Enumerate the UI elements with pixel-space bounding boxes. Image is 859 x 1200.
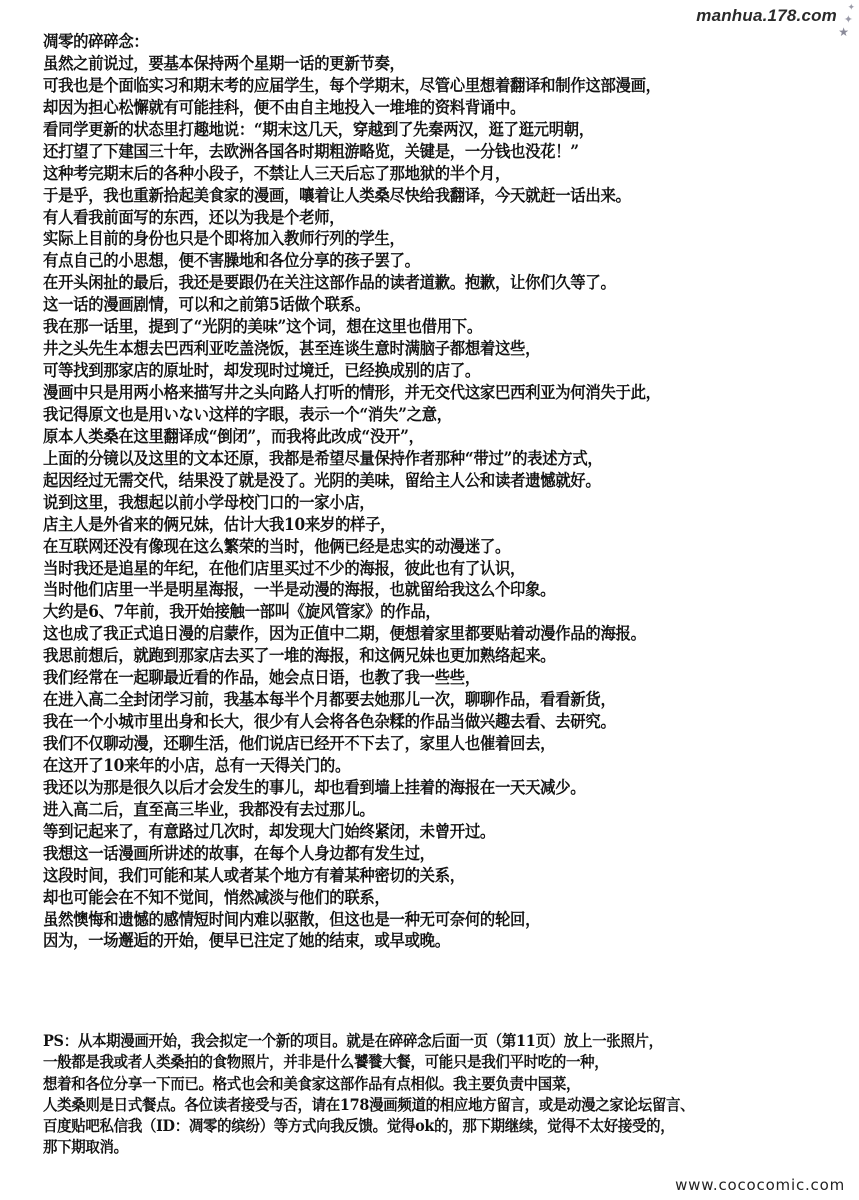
text-line: 这也成了我正式追日漫的启蒙作，因为正值中二期，便想着家里都要贴着动漫作品的海报。 [43, 623, 787, 645]
text-line: 在开头闲扯的最后，我还是要跟仍在关注这部作品的读者道歉。抱歉，让你们久等了。 [43, 272, 787, 294]
text-line: 虽然懊悔和遗憾的感情短时间内难以驱散，但这也是一种无可奈何的轮回， [43, 909, 787, 931]
text-line: 可等找到那家店的原址时，却发现时过境迁，已经换成别的店了。 [43, 360, 787, 382]
text-line: 说到这里，我想起以前小学母校门口的一家小店， [43, 492, 787, 514]
text-line: 实际上目前的身份也只是个即将加入教师行列的学生， [43, 228, 787, 250]
notes-body: 虽然之前说过，要基本保持两个星期一话的更新节奏，可我也是个面临实习和期末考的应届… [43, 53, 843, 952]
text-line: 等到记起来了，有意路过几次时，却发现大门始终紧闭，未曾开过。 [43, 821, 787, 843]
text-line: 有点自己的小思想，便不害臊地和各位分享的孩子罢了。 [43, 250, 787, 272]
text-line: 原本人类桑在这里翻译成“倒闭”，而我将此改成“没开”， [43, 426, 787, 448]
text-line: 这种考完期末后的各种小段子，不禁让人三天后忘了那地狱的半个月， [43, 163, 787, 185]
star-icon: ✦ [844, 14, 853, 25]
text-line: 店主人是外省来的俩兄妹，估计大我10来岁的样子， [43, 514, 787, 536]
text-line: 起因经过无需交代，结果没了就是没了。光阴的美味，留给主人公和读者遗憾就好。 [43, 470, 787, 492]
text-line: 当时他们店里一半是明星海报，一半是动漫的海报，也就留给我这么个印象。 [43, 579, 787, 601]
text-line: 因为，一场邂逅的开始，便早已注定了她的结束，或早或晚。 [43, 930, 787, 952]
text-line: 我思前想后，就跑到那家店去买了一堆的海报，和这俩兄妹也更加熟络起来。 [43, 645, 787, 667]
translator-notes: 凋零的碎碎念： 虽然之前说过，要基本保持两个星期一话的更新节奏，可我也是个面临实… [43, 31, 843, 952]
text-line: 上面的分镜以及这里的文本还原，我都是希望尽量保持作者那种“带过”的表述方式， [43, 448, 787, 470]
text-line: 看同学更新的状态里打趣地说：“期末这几天，穿越到了先秦两汉，逛了逛元明朝， [43, 119, 787, 141]
text-line: 我记得原文也是用いない这样的字眼，表示一个“消失”之意， [43, 404, 787, 426]
text-line: 我们不仅聊动漫，还聊生活，他们说店已经开不下去了，家里人也催着回去， [43, 733, 787, 755]
text-line: 我们经常在一起聊最近看的作品，她会点日语，也教了我一些些， [43, 667, 787, 689]
text-line: 在进入高二全封闭学习前，我基本每半个月都要去她那儿一次，聊聊作品，看看新货， [43, 689, 787, 711]
text-line: PS：从本期漫画开始，我会拟定一个新的项目。就是在碎碎念后面一页（第11页）放上… [43, 1030, 787, 1051]
text-line: 我还以为那是很久以后才会发生的事儿，却也看到墙上挂着的海报在一天天减少。 [43, 777, 787, 799]
text-line: 我想这一话漫画所讲述的故事，在每个人身边都有发生过， [43, 843, 787, 865]
notes-title: 凋零的碎碎念： [43, 31, 787, 53]
text-line: 大约是6、7年前，我开始接触一部叫《旋风管家》的作品， [43, 601, 787, 623]
text-line: 人类桑则是日式餐点。各位读者接受与否，请在178漫画频道的相应地方留言，或是动漫… [43, 1094, 787, 1115]
text-line: 这段时间，我们可能和某人或者某个地方有着某种密切的关系， [43, 865, 787, 887]
watermark-cococomic: www.cococomic.com [675, 1176, 845, 1194]
text-line: 还打望了下建国三十年，去欧洲各国各时期粗游略览，关键是，一分钱也没花！” [43, 141, 787, 163]
text-line: 可我也是个面临实习和期末考的应届学生，每个学期末，尽管心里想着翻译和制作这部漫画… [43, 75, 787, 97]
text-line: 我在一个小城市里出身和长大，很少有人会将各色杂糅的作品当做兴趣去看、去研究。 [43, 711, 787, 733]
text-line: 在这开了10来年的小店，总有一天得关门的。 [43, 755, 787, 777]
text-line: 百度贴吧私信我（ID：凋零的缤纷）等方式向我反馈。觉得ok的，那下期继续，觉得不… [43, 1115, 787, 1136]
text-line: 想着和各位分享一下而已。格式也会和美食家这部作品有点相似。我主要负责中国菜， [43, 1073, 787, 1094]
text-line: 漫画中只是用两小格来描写井之头向路人打听的情形，并无交代这家巴西利亚为何消失于此… [43, 382, 787, 404]
watermark-manhua178: manhua.178.com [696, 6, 837, 26]
ps-section: PS：从本期漫画开始，我会拟定一个新的项目。就是在碎碎念后面一页（第11页）放上… [43, 1030, 843, 1158]
text-line: 虽然之前说过，要基本保持两个星期一话的更新节奏， [43, 53, 787, 75]
text-line: 却因为担心松懈就有可能挂科，便不由自主地投入一堆堆的资料背诵中。 [43, 97, 787, 119]
text-line: 井之头先生本想去巴西利亚吃盖浇饭，甚至连谈生意时满脑子都想着这些， [43, 338, 787, 360]
text-line: 于是乎，我也重新拾起美食家的漫画，嚷着让人类桑尽快给我翻译，今天就赶一话出来。 [43, 185, 787, 207]
text-line: 有人看我前面写的东西，还以为我是个老师， [43, 207, 787, 229]
text-line: 在互联网还没有像现在这么繁荣的当时，他俩已经是忠实的动漫迷了。 [43, 536, 787, 558]
text-line: 那下期取消。 [43, 1136, 787, 1157]
text-line: 这一话的漫画剧情，可以和之前第5话做个联系。 [43, 294, 787, 316]
text-line: 却也可能会在不知不觉间，悄然减淡与他们的联系， [43, 887, 787, 909]
text-line: 进入高二后，直至高三毕业，我都没有去过那儿。 [43, 799, 787, 821]
text-line: 一般都是我或者人类桑拍的食物照片，并非是什么饕餮大餐，可能只是我们平时吃的一种， [43, 1051, 787, 1072]
star-icon: ✦ [847, 4, 855, 13]
text-line: 当时我还是追星的年纪，在他们店里买过不少的海报，彼此也有了认识， [43, 558, 787, 580]
text-line: 我在那一话里，提到了“光阴的美味”这个词，想在这里也借用下。 [43, 316, 787, 338]
